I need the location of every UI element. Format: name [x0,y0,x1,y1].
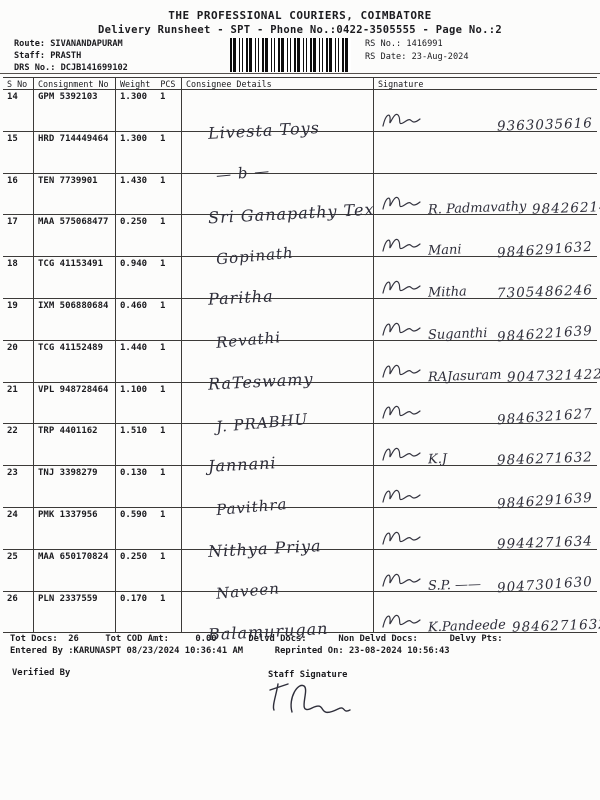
row-consignment-no: MAA 650170824 [33,550,115,591]
signature-phone-handwritten: 9047321422 [507,366,600,385]
row-weight: 0.460 [120,301,158,340]
row-pcs: 1 [158,468,165,507]
signature-phone-handwritten: 9846271632 [497,450,593,469]
signature-phone-handwritten: 9363035616 [497,115,593,134]
row-consignment-no: TNJ 3398279 [33,466,115,507]
signature-scribble-icon [380,443,422,465]
row-serial-no: 22 [3,424,33,465]
row-consignment-no: TCG 41153491 [33,257,115,298]
row-weight: 1.300 [120,134,158,173]
table-row: 18 TCG 41153491 0.940 1 Paritha Mitha 73… [3,257,597,299]
signature-name-handwritten: Mani [428,243,462,259]
signature-line: 9846321627 [380,401,593,425]
row-weight: 0.250 [120,217,158,256]
row-serial-no: 16 [3,174,33,215]
row-weight-pcs-cell: 1.300 1 [115,90,181,131]
row-signature-cell: Mani 9846291632 [373,215,597,256]
route-label: Route: [14,39,45,49]
rs-info-block: RS No.: 1416991 RS Date: 23-Aug-2024 [365,38,469,64]
row-consignment-no: HRD 714449464 [33,132,115,173]
row-weight-pcs-cell: 1.430 1 [115,174,181,215]
table-row: 26 PLN 2337559 0.170 1 Balamurugan K.Pan… [3,592,597,634]
row-serial-no: 18 [3,257,33,298]
row-weight-pcs-cell: 0.130 1 [115,466,181,507]
row-signature-cell: Mitha 7305486246 [373,257,597,298]
signature-phone-handwritten: 7305486246 [497,282,593,301]
row-signature-cell: 9944271634 [373,508,597,549]
route-line: Route: SIVANANDAPURAM [14,38,128,50]
row-consignment-no: TEN 7739901 [33,174,115,215]
row-weight-pcs-cell: 1.100 1 [115,383,181,424]
signature-phone-handwritten: 9842621422 [532,199,600,218]
signature-scribble-icon [380,109,422,131]
row-pcs: 1 [158,259,165,298]
row-pcs: 1 [158,552,165,591]
col-header-consignment: Consignment No [33,78,115,89]
row-serial-no: 21 [3,383,33,424]
row-consignee-cell: Livesta Toys [181,90,373,131]
row-consignment-no: TCG 41152489 [33,341,115,382]
signature-scribble-icon [380,610,422,632]
signature-line: 9363035616 [380,109,593,133]
row-consignment-no: TRP 4401162 [33,424,115,465]
staff-value: PRASTH [50,51,81,61]
signature-name-handwritten: K.Pandeede [428,618,506,636]
signature-line: 9846291639 [380,485,593,509]
signature-line: Mitha 7305486246 [380,276,593,300]
signature-scribble-icon [380,569,422,591]
company-title: THE PROFESSIONAL COURIERS, COIMBATORE [0,9,600,22]
col-header-signature: Signature [373,78,597,89]
runsheet-table: S No Consignment No Weight PCS Consignee… [3,77,597,633]
row-pcs: 1 [158,594,165,633]
row-weight-pcs-cell: 0.590 1 [115,508,181,549]
row-pcs: 1 [158,217,165,256]
entered-reprinted-line: Entered By :KARUNASPT 08/23/2024 10:36:4… [10,646,450,656]
row-consignee-cell: Sri Ganapathy Tex [181,174,373,215]
signature-line: Mani 9846291632 [380,234,593,258]
consignee-name-handwritten: Paritha [208,286,275,308]
barcode-icon [230,38,351,72]
col-header-weight-pcs: Weight PCS [115,78,181,89]
table-row: 16 TEN 7739901 1.430 1 Sri Ganapathy Tex… [3,174,597,216]
signature-phone-handwritten: 9846321627 [497,406,594,429]
signature-line: 9944271634 [380,527,593,551]
rs-date-value: 23-Aug-2024 [412,52,469,62]
row-weight: 0.590 [120,510,158,549]
table-header-row: S No Consignment No Weight PCS Consignee… [3,77,597,90]
row-weight: 0.940 [120,259,158,298]
row-weight-pcs-cell: 0.170 1 [115,592,181,633]
rs-no-line: RS No.: 1416991 [365,38,469,51]
route-info-block: Route: SIVANANDAPURAM Staff: PRASTH DRS … [14,38,128,74]
signature-phone-handwritten: 9846221639 [497,322,594,345]
header-divider [0,73,600,74]
row-consignee-cell: Balamurugan [181,592,373,633]
table-row: 20 TCG 41152489 1.440 1 RaTeswamy RAJasu… [3,341,597,383]
row-serial-no: 26 [3,592,33,633]
staff-line: Staff: PRASTH [14,50,128,62]
verified-by-label: Verified By [12,668,70,678]
consignee-name-handwritten: Jannani [208,453,277,476]
rs-date-line: RS Date: 23-Aug-2024 [365,51,469,64]
row-serial-no: 15 [3,132,33,173]
row-consignment-no: GPM 5392103 [33,90,115,131]
row-signature-cell: 9363035616 [373,90,597,131]
row-consignee-cell: RaTeswamy [181,341,373,382]
row-serial-no: 24 [3,508,33,549]
row-weight-pcs-cell: 1.300 1 [115,132,181,173]
row-consignment-no: PLN 2337559 [33,592,115,633]
signature-line: Suganthi 9846221639 [380,318,593,342]
signature-name-handwritten: RAJasuram [428,367,502,385]
row-weight-pcs-cell: 0.250 1 [115,215,181,256]
row-pcs: 1 [158,510,165,549]
delivery-runsheet-page: THE PROFESSIONAL COURIERS, COIMBATORE De… [0,0,600,800]
row-signature-cell [373,132,597,173]
signature-scribble-icon [380,401,422,423]
signature-scribble-icon [380,485,422,507]
rs-date-label: RS Date: [365,52,406,62]
row-pcs: 1 [158,134,165,173]
row-signature-cell: K.Pandeede 9846271632 [373,592,597,633]
row-signature-cell: Suganthi 9846221639 [373,299,597,340]
row-consignee-cell: Paritha [181,257,373,298]
row-signature-cell: 9846321627 [373,383,597,424]
row-weight: 1.100 [120,385,158,424]
row-signature-cell: 9846291639 [373,466,597,507]
signature-name-handwritten: R. Padmavathy [428,200,527,218]
row-weight: 1.440 [120,343,158,382]
signature-scribble-icon [380,318,422,340]
rs-no-value: 1416991 [406,39,442,49]
col-header-consignee: Consignee Details [181,78,373,89]
table-row: 19 IXM 506880684 0.460 1 Revathi Suganth… [3,299,597,341]
signature-name-handwritten: Suganthi [428,326,488,343]
row-serial-no: 19 [3,299,33,340]
signature-scribble-icon [380,192,422,214]
row-weight: 1.430 [120,176,158,215]
row-consignment-no: MAA 575068477 [33,215,115,256]
row-serial-no: 20 [3,341,33,382]
row-weight-pcs-cell: 0.250 1 [115,550,181,591]
row-consignee-cell: Nithya Priya [181,508,373,549]
signature-scribble-icon [380,527,422,549]
rs-no-label: RS No.: [365,39,401,49]
row-consignment-no: VPL 948728464 [33,383,115,424]
table-row: 14 GPM 5392103 1.300 1 Livesta Toys 9363… [3,90,597,132]
signature-name-handwritten: S.P. —— [428,577,481,594]
row-serial-no: 25 [3,550,33,591]
table-row: 24 PMK 1337956 0.590 1 Nithya Priya 9944… [3,508,597,550]
drs-label: DRS No.: [14,63,55,73]
row-serial-no: 14 [3,90,33,131]
row-serial-no: 23 [3,466,33,507]
signature-phone-handwritten: 9944271634 [497,533,593,552]
signature-name-handwritten: K.J [428,452,448,468]
signature-line: R. Padmavathy 9842621422 [380,192,593,216]
signature-phone-handwritten: 9846291639 [497,490,594,513]
signature-scribble-icon [380,276,422,298]
signature-line: RAJasuram 9047321422 [380,360,593,384]
signature-line: K.Pandeede 9846271632 [380,610,593,634]
row-weight: 0.170 [120,594,158,633]
row-pcs: 1 [158,176,165,215]
runsheet-rows: 14 GPM 5392103 1.300 1 Livesta Toys 9363… [3,90,597,633]
row-consignment-no: IXM 506880684 [33,299,115,340]
table-row: 22 TRP 4401162 1.510 1 Jannani K.J 98462… [3,424,597,466]
signature-phone-handwritten: 9846291632 [497,239,594,262]
signature-phone-handwritten: 9846271632 [512,617,600,636]
row-weight-pcs-cell: 1.440 1 [115,341,181,382]
row-consignment-no: PMK 1337956 [33,508,115,549]
table-row: 23 TNJ 3398279 0.130 1 Pavithra 98462916… [3,466,597,508]
row-signature-cell: R. Padmavathy 9842621422 [373,174,597,215]
col-header-sno: S No [3,78,33,89]
row-pcs: 1 [158,92,165,131]
row-pcs: 1 [158,343,165,382]
staff-signature-scribble-icon [258,676,358,724]
signature-line: K.J 9846271632 [380,443,593,467]
row-pcs: 1 [158,301,165,340]
row-weight-pcs-cell: 0.460 1 [115,299,181,340]
row-signature-cell: RAJasuram 9047321422 [373,341,597,382]
row-weight: 0.250 [120,552,158,591]
route-value: SIVANANDAPURAM [50,39,122,49]
signature-phone-handwritten: 9047301630 [497,573,594,596]
row-weight: 0.130 [120,468,158,507]
row-weight: 1.300 [120,92,158,131]
row-weight-pcs-cell: 0.940 1 [115,257,181,298]
row-signature-cell: S.P. —— 9047301630 [373,550,597,591]
staff-label: Staff: [14,51,45,61]
drs-value: DCJB141699102 [61,63,128,73]
signature-scribble-icon [380,360,422,382]
signature-name-handwritten: Mitha [428,284,467,300]
runsheet-subtitle: Delivery Runsheet - SPT - Phone No.:0422… [0,24,600,36]
row-pcs: 1 [158,385,165,424]
signature-line: S.P. —— 9047301630 [380,569,593,593]
row-signature-cell: K.J 9846271632 [373,424,597,465]
row-serial-no: 17 [3,215,33,256]
row-weight-pcs-cell: 1.510 1 [115,424,181,465]
signature-scribble-icon [380,234,422,256]
row-weight: 1.510 [120,426,158,465]
row-pcs: 1 [158,426,165,465]
